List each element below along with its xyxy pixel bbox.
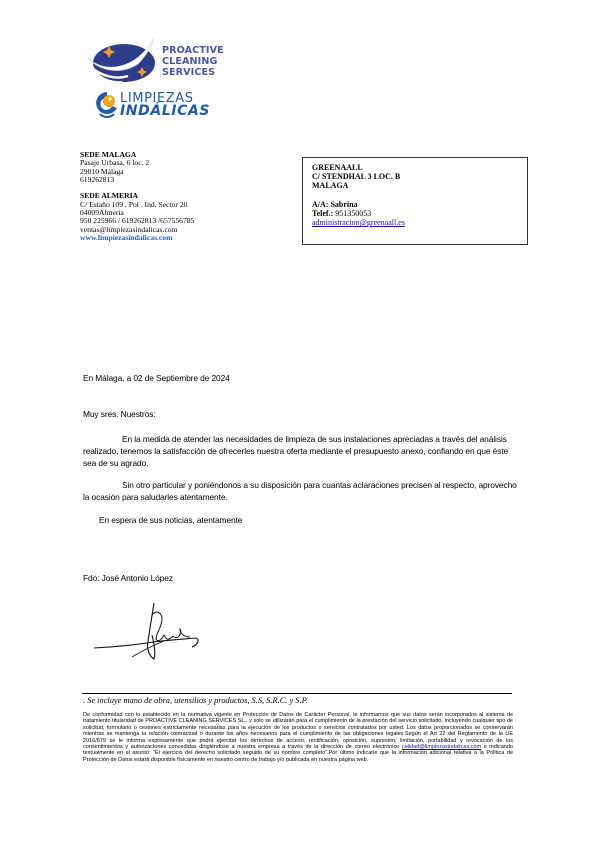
- paragraph-2: Sin otro particular y poniéndonos a su d…: [83, 479, 523, 503]
- paragraph-1: En la medida de atender las necesidades …: [83, 433, 523, 469]
- recipient-company: GREENAALL: [312, 163, 527, 172]
- footer-note: . Se incluye mano de obra, utensilios y …: [83, 696, 308, 705]
- sede-malaga-phone: 619262813: [80, 176, 290, 184]
- logo-line: PROACTIVE: [162, 45, 224, 56]
- paragraph-2-text: Sin otro particular y poniéndonos a su d…: [83, 480, 517, 502]
- recipient-street: C/ STENDHAL 3 LOC. B: [312, 172, 527, 181]
- proactive-logo: PROACTIVE CLEANING SERVICES: [86, 36, 266, 86]
- signed-by: Fdo: José Antonio López: [83, 572, 173, 584]
- recipient-email-link[interactable]: administracion@greenaall.es: [312, 218, 405, 227]
- recipient-attention: A/A: Sabrina: [312, 200, 527, 209]
- recipient-phone: Telef.: 951350053: [312, 209, 527, 218]
- logo-line: LIMPIEZAS: [120, 92, 210, 106]
- closing-line: En espera de sus noticias, atentamente: [99, 514, 242, 526]
- logo-line: SERVICES: [162, 67, 224, 78]
- indalicas-logo: LIMPIEZAS INDÁLICAS: [94, 90, 244, 122]
- date-line: En Málaga, a 02 de Septiembre de 2024: [83, 372, 230, 384]
- handwritten-signature-icon: [94, 595, 204, 665]
- proactive-logo-text: PROACTIVE CLEANING SERVICES: [162, 45, 224, 78]
- phone-label: Telef.:: [312, 209, 333, 218]
- legal-email-link[interactable]: calidad@limpiezasindalicas.com: [402, 744, 481, 750]
- indalo-circle-logo-icon: [94, 90, 120, 120]
- sender-website-link[interactable]: www.limpiezasindalicas.com: [80, 234, 290, 242]
- indalicas-logo-text: LIMPIEZAS INDÁLICAS: [120, 92, 210, 118]
- phone-value: 951350053: [335, 209, 371, 218]
- legal-notice: De conformidad con lo establecido en la …: [83, 712, 513, 763]
- logo-line: CLEANING: [162, 56, 224, 67]
- logo-line: INDÁLICAS: [120, 105, 210, 118]
- greeting: Muy sres. Nuestros:: [83, 408, 156, 420]
- paragraph-1-text: En la medida de atender las necesidades …: [83, 434, 508, 468]
- recipient-box: GREENAALL C/ STENDHAL 3 LOC. B MALAGA A/…: [302, 157, 528, 245]
- footer-divider: [82, 693, 512, 694]
- attention-name: Sabrina: [330, 200, 357, 209]
- recipient-city: MALAGA: [312, 181, 527, 190]
- attention-label: A/A:: [312, 200, 328, 209]
- sparkle-oval-logo-icon: [86, 36, 158, 86]
- sender-block: SEDE MALAGA Pasaje Urbasa, 6 loc. 2 2901…: [80, 151, 290, 242]
